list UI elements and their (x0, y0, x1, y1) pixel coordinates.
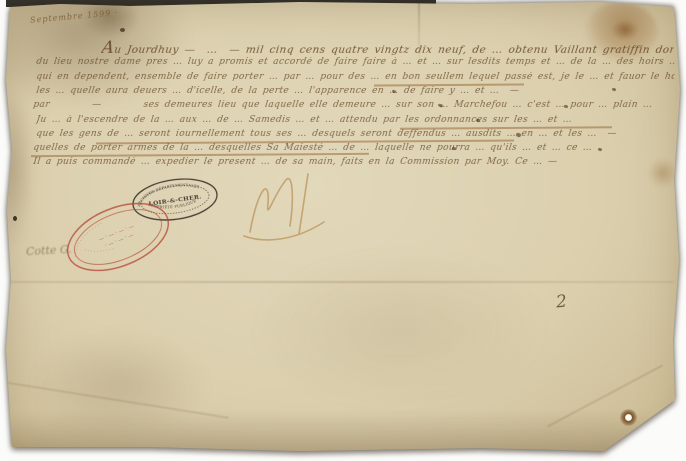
stamp-text-top: ARCHIVES DÉPARTEMENTALES (134, 180, 202, 209)
folio-number: 2 (555, 292, 568, 313)
ink-speck (452, 146, 457, 150)
ink-speck (438, 103, 444, 108)
stamp-text-top: · · · · · · · · · · · · · · (64, 220, 111, 258)
cote-note: Cotte G. (26, 243, 72, 258)
underline-stroke (31, 153, 369, 157)
manuscript-line: que les gens de … seront iournellement t… (35, 129, 675, 143)
manuscript-line: du lieu nostre dame pres … luy a promis … (35, 57, 675, 71)
stain (583, 2, 658, 64)
ink-speck (13, 216, 17, 221)
manuscript-line: Il a puis commandé … expedier le present… (32, 157, 672, 171)
manuscript-line: quelles de porter armes de la … desquell… (32, 143, 675, 157)
archive-stamp-black: ARCHIVES DÉPARTEMENTALES LOIR-&-CHER. · … (127, 170, 223, 229)
ink-speck (598, 147, 603, 151)
svg-text:ARCHIVES DÉPARTEMENTALES: ARCHIVES DÉPARTEMENTALES (134, 180, 202, 209)
fold-crease (0, 379, 229, 419)
manuscript-line: qui en dependent, ensemble de faire port… (35, 72, 675, 86)
ink-speck (120, 28, 125, 32)
stain (0, 0, 190, 110)
fold-crease (8, 281, 674, 283)
stamp-text-center: — · — · — · — (98, 223, 136, 243)
ink-speck (392, 89, 397, 93)
stain (648, 158, 678, 188)
date-note: Septembre 1599 · (30, 8, 119, 25)
ink-speck (476, 118, 481, 122)
fold-crease (418, 0, 420, 64)
underline-stroke (400, 126, 612, 129)
ink-speck (515, 132, 521, 137)
stamp-text-center: LOIR-&-CHER. (148, 193, 202, 207)
svg-text:· · · · · · · · · ·: · · · · · · · · · · (82, 238, 116, 263)
stain (30, 330, 210, 440)
manuscript-paper: Septembre 1599 · Au Jourdhuy — … — mil c… (0, 0, 686, 461)
manuscript-line: les … quelle aura deuers … d'icelle, de … (35, 86, 675, 100)
stain (250, 250, 550, 410)
ink-speck (564, 104, 569, 108)
stain (80, 0, 140, 40)
wormhole (620, 409, 637, 426)
manuscript-line: Au Jourdhuy — … — mil cinq cens quatre v… (101, 38, 675, 55)
fold-crease (547, 365, 663, 428)
stamp-text-bottom: · · · · · · · · · · (82, 238, 116, 263)
stamp-text-bottom: · PROPRIÉTÉ PUBLIQUE · (145, 194, 201, 213)
signature-paraph (238, 170, 330, 244)
stain (0, 412, 686, 454)
stamp-text-center: · — · — · — (104, 232, 135, 249)
svg-text:· PROPRIÉTÉ PUBLIQUE ·: · PROPRIÉTÉ PUBLIQUE · (145, 194, 201, 213)
underline-stroke (96, 140, 514, 144)
stain (612, 20, 638, 40)
manuscript-line: par — ses demeures lieu que laquelle ell… (32, 100, 675, 114)
svg-text:· · · · · · · · · · · · · ·: · · · · · · · · · · · · · · (64, 220, 111, 258)
manuscript-line: Ju … à l'escendre de la … aux … de … Sam… (35, 115, 675, 129)
underline-stroke (374, 83, 524, 86)
document-photo: Septembre 1599 · Au Jourdhuy — … — mil c… (0, 0, 686, 461)
archive-stamp-red: · · · · · · · · · · · · · · — · — · — · … (54, 187, 181, 286)
ink-speck (612, 87, 617, 91)
stain (0, 90, 35, 250)
